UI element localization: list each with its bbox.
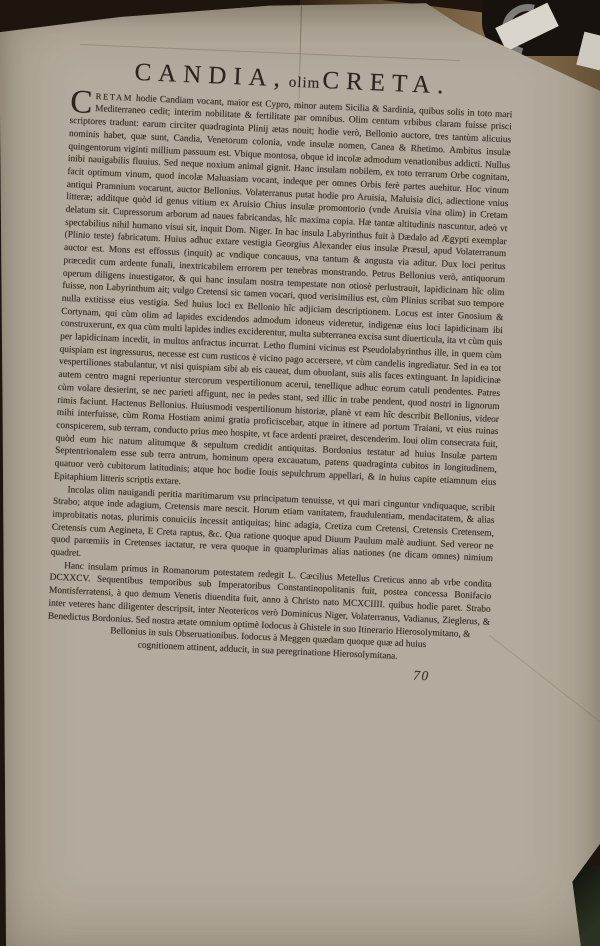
title-creta: CRETA. <box>322 67 451 100</box>
title-candia: CANDIA, <box>134 59 288 93</box>
book-page: CANDIA,olimCRETA. CRETAM hodie Candiam v… <box>0 0 600 946</box>
drop-cap: C <box>70 89 96 116</box>
page-content: CANDIA,olimCRETA. CRETAM hodie Candiam v… <box>46 64 514 685</box>
page-diagonal-crease <box>489 635 600 747</box>
paragraph-main: CRETAM hodie Candiam vocant, maior est C… <box>54 89 513 503</box>
opening-smallcaps: RETAM <box>95 91 133 103</box>
paragraph-main-text: hodie Candiam vocant, maior est Cypro, m… <box>54 93 513 488</box>
title-olim: olim <box>286 74 322 92</box>
